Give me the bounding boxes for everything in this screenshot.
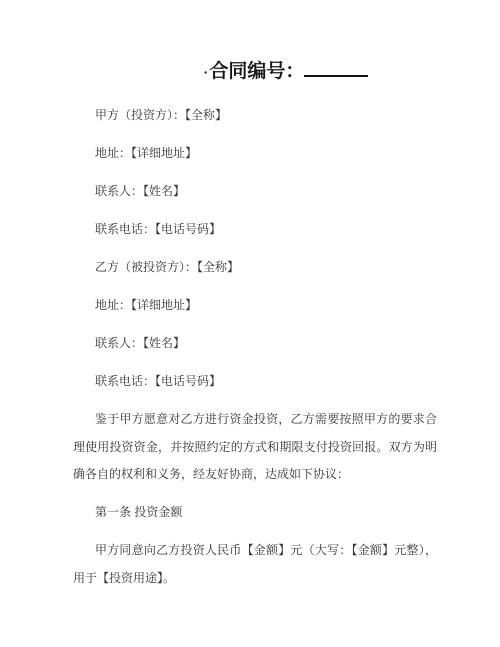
article-1-body: 甲方同意向乙方投资人民币【金额】元（大写：【金额】元整），用于【投资用途】。 — [73, 537, 437, 592]
title-dot: · — [204, 64, 209, 80]
party-a-name-line: 甲方（投资方）：【全称】 — [73, 102, 437, 130]
party-b-name-line: 乙方（被投资方）：【全称】 — [73, 254, 437, 282]
preamble-paragraph: 鉴于甲方愿意对乙方进行资金投资，乙方需要按照甲方的要求合理使用投资资金，并按照约… — [73, 406, 437, 489]
contract-number-blank-underline: _______ — [304, 60, 368, 77]
party-b-phone-line: 联系电话：【电话号码】 — [73, 368, 437, 396]
party-a-phone-line: 联系电话：【电话号码】 — [73, 216, 437, 244]
contract-number-title: ·合同编号：_______ — [73, 58, 437, 86]
party-a-contact-line: 联系人：【姓名】 — [73, 178, 437, 206]
contract-number-label: 合同编号： — [209, 61, 304, 82]
party-b-contact-line: 联系人：【姓名】 — [73, 330, 437, 358]
party-b-address-line: 地址：【详细地址】 — [73, 292, 437, 320]
party-a-address-line: 地址：【详细地址】 — [73, 140, 437, 168]
contract-body: ·合同编号：_______ 甲方（投资方）：【全称】 地址：【详细地址】 联系人… — [73, 58, 437, 592]
article-1-heading: 第一条 投资金额 — [73, 499, 437, 527]
contract-document-page: ·合同编号：_______ 甲方（投资方）：【全称】 地址：【详细地址】 联系人… — [0, 0, 500, 647]
